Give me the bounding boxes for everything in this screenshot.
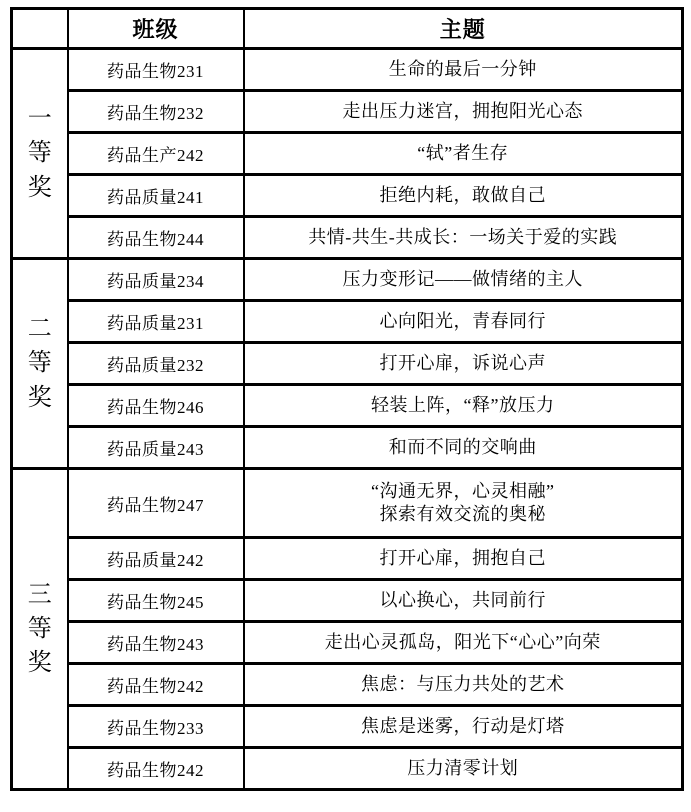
header-row: 班级 主题	[12, 9, 683, 49]
class-cell: 药品生物233	[68, 706, 244, 748]
class-cell: 药品生物232	[68, 91, 244, 133]
header-award-empty	[12, 9, 68, 49]
class-cell: 药品生产242	[68, 133, 244, 175]
award-label: 三等奖	[27, 578, 52, 680]
table-row: 药品生物232 走出压力迷宫，拥抱阳光心态	[12, 91, 683, 133]
class-cell: 药品生物242	[68, 748, 244, 790]
page: 班级 主题 一等奖 药品生物231 生命的最后一分钟 药品生物232 走出压力迷…	[0, 0, 691, 812]
class-cell: 药品质量231	[68, 301, 244, 343]
award-cell-second-prize: 二等奖	[12, 259, 68, 469]
table-row: 药品生物243 走出心灵孤岛，阳光下“心心”向荣	[12, 622, 683, 664]
theme-cell: 和而不同的交响曲	[244, 427, 683, 469]
table-row: 药品生物242 焦虑：与压力共处的艺术	[12, 664, 683, 706]
theme-cell: 压力变形记——做情绪的主人	[244, 259, 683, 301]
table-row: 药品质量242 打开心扉，拥抱自己	[12, 538, 683, 580]
table-row: 一等奖 药品生物231 生命的最后一分钟	[12, 49, 683, 91]
theme-cell: 以心换心，共同前行	[244, 580, 683, 622]
class-cell: 药品质量242	[68, 538, 244, 580]
table-row: 二等奖 药品质量234 压力变形记——做情绪的主人	[12, 259, 683, 301]
theme-cell: 心向阳光，青春同行	[244, 301, 683, 343]
table-row: 三等奖 药品生物247 “沟通无界，心灵相融” 探索有效交流的奥秘	[12, 469, 683, 538]
class-cell: 药品生物242	[68, 664, 244, 706]
class-cell: 药品生物246	[68, 385, 244, 427]
class-cell: 药品质量241	[68, 175, 244, 217]
class-cell: 药品质量243	[68, 427, 244, 469]
class-cell: 药品生物244	[68, 217, 244, 259]
theme-cell: 压力清零计划	[244, 748, 683, 790]
class-cell: 药品质量234	[68, 259, 244, 301]
theme-cell: 轻装上阵，“释”放压力	[244, 385, 683, 427]
theme-cell: “沟通无界，心灵相融” 探索有效交流的奥秘	[244, 469, 683, 538]
class-cell: 药品生物247	[68, 469, 244, 538]
header-class: 班级	[68, 9, 244, 49]
theme-cell: 拒绝内耗，敢做自己	[244, 175, 683, 217]
table-row: 药品生物242 压力清零计划	[12, 748, 683, 790]
class-cell: 药品质量232	[68, 343, 244, 385]
theme-cell: 打开心扉，诉说心声	[244, 343, 683, 385]
table-row: 药品质量241 拒绝内耗，敢做自己	[12, 175, 683, 217]
award-label: 一等奖	[27, 102, 52, 204]
table-row: 药品生物245 以心换心，共同前行	[12, 580, 683, 622]
theme-cell: 焦虑是迷雾，行动是灯塔	[244, 706, 683, 748]
theme-cell: 走出压力迷宫，拥抱阳光心态	[244, 91, 683, 133]
header-theme: 主题	[244, 9, 683, 49]
table-row: 药品生物246 轻装上阵，“释”放压力	[12, 385, 683, 427]
award-cell-first-prize: 一等奖	[12, 49, 68, 259]
theme-cell: 打开心扉，拥抱自己	[244, 538, 683, 580]
class-cell: 药品生物245	[68, 580, 244, 622]
theme-cell: 走出心灵孤岛，阳光下“心心”向荣	[244, 622, 683, 664]
award-label: 二等奖	[27, 312, 52, 414]
theme-cell: “轼”者生存	[244, 133, 683, 175]
theme-cell: 焦虑：与压力共处的艺术	[244, 664, 683, 706]
theme-cell: 生命的最后一分钟	[244, 49, 683, 91]
class-cell: 药品生物243	[68, 622, 244, 664]
table-row: 药品生物233 焦虑是迷雾，行动是灯塔	[12, 706, 683, 748]
table-row: 药品质量243 和而不同的交响曲	[12, 427, 683, 469]
award-results-table: 班级 主题 一等奖 药品生物231 生命的最后一分钟 药品生物232 走出压力迷…	[10, 7, 684, 791]
award-cell-third-prize: 三等奖	[12, 469, 68, 790]
table-row: 药品质量231 心向阳光，青春同行	[12, 301, 683, 343]
theme-cell: 共情-共生-共成长：一场关于爱的实践	[244, 217, 683, 259]
table-row: 药品生产242 “轼”者生存	[12, 133, 683, 175]
table-row: 药品生物244 共情-共生-共成长：一场关于爱的实践	[12, 217, 683, 259]
class-cell: 药品生物231	[68, 49, 244, 91]
table-row: 药品质量232 打开心扉，诉说心声	[12, 343, 683, 385]
